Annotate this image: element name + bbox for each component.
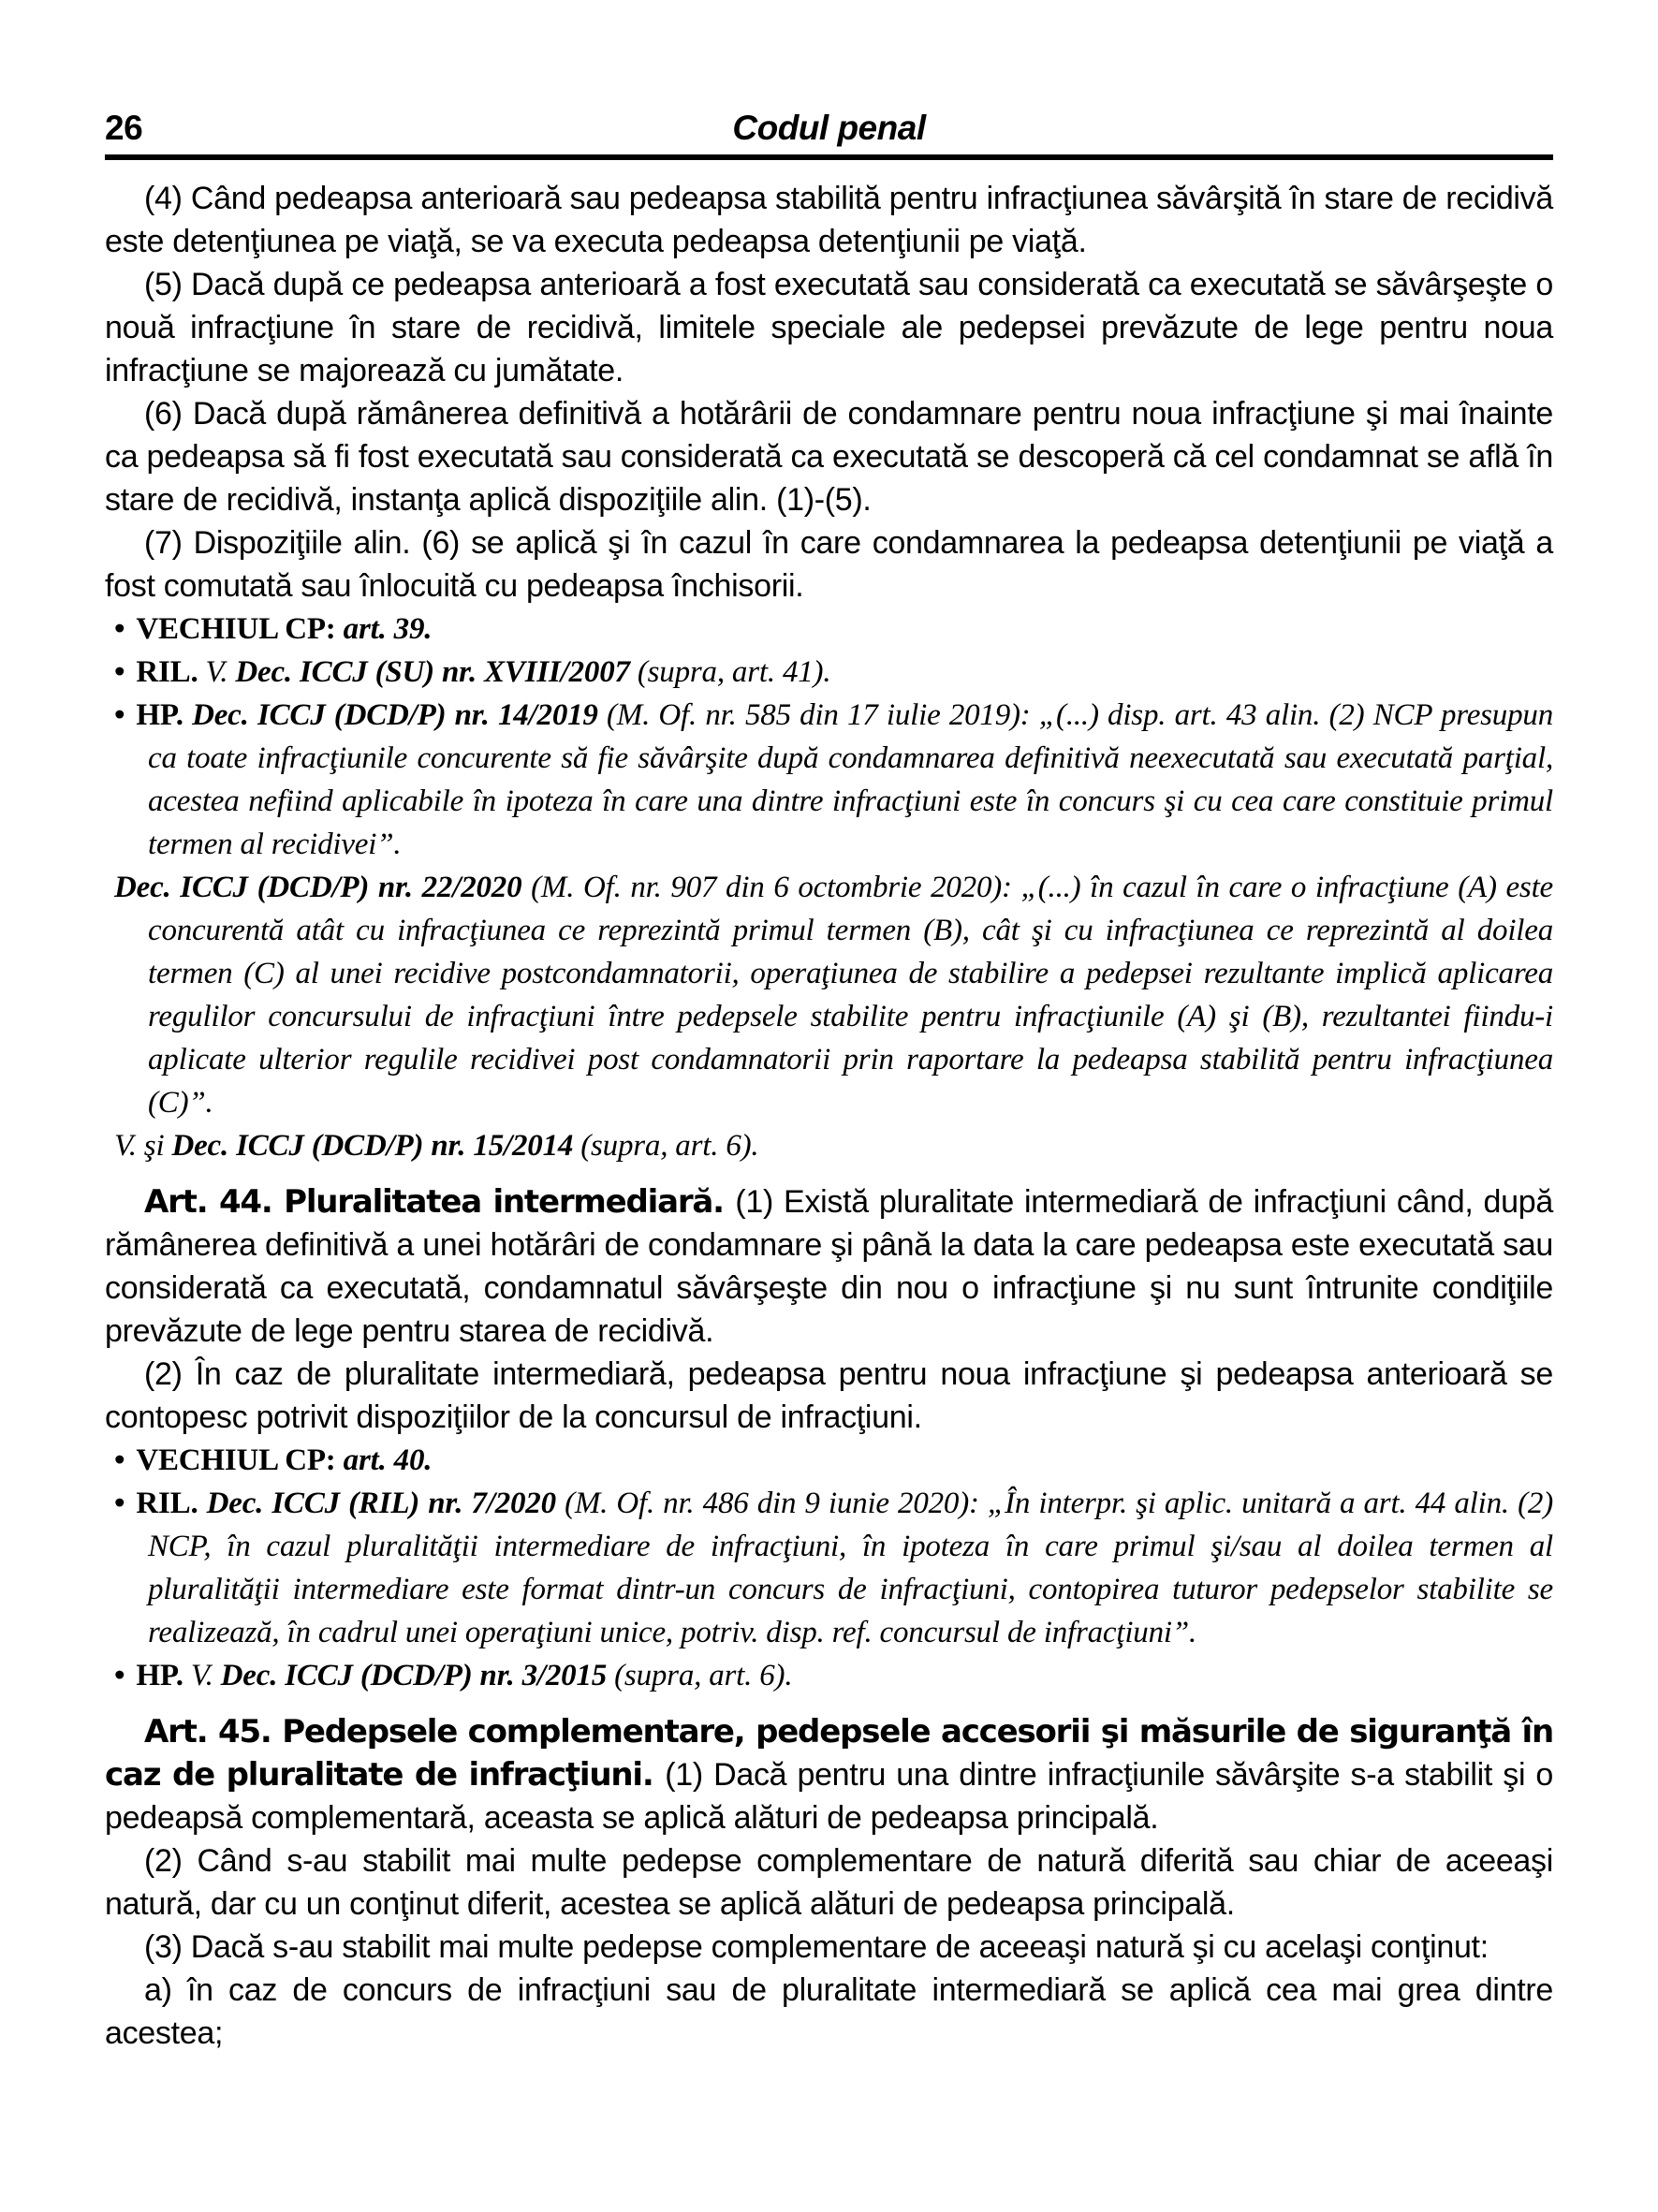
paragraph-art45-lit-a: a) în caz de concurs de infracţiuni sau … xyxy=(105,1969,1553,2055)
text-run: Dec. ICCJ (DCD/P) nr. 22/2020 xyxy=(114,871,531,904)
text-run: Art. 44. Pluralitatea intermediară. xyxy=(144,1183,735,1221)
text-run: V. şi xyxy=(114,1129,171,1163)
annotation-vechiul-cp-40: •VECHIUL CP: art. 40. xyxy=(105,1439,1553,1482)
paragraph-alin-6: (6) Dacă după rămânerea definitivă a hot… xyxy=(105,392,1553,521)
header-rule xyxy=(105,154,1553,160)
text-run: (supra, art. 6). xyxy=(580,1129,758,1163)
text-run: a) în caz de concurs de infracţiuni sau … xyxy=(105,1972,1553,2051)
bullet-icon: • xyxy=(114,1487,125,1520)
page-content: (4) Când pedeapsa anterioară sau pedeaps… xyxy=(105,177,1553,2055)
text-run: Dec. ICCJ (SU) nr. XVIII/2007 xyxy=(235,655,638,689)
text-run: (2) În caz de pluralitate intermediară, … xyxy=(105,1356,1553,1435)
text-run: (2) Când s-au stabilit mai multe pedepse… xyxy=(105,1843,1553,1922)
paragraph-art44-alin-2: (2) În caz de pluralitate intermediară, … xyxy=(105,1353,1553,1439)
bullet-icon: • xyxy=(114,1443,125,1477)
text-run: art. 40. xyxy=(344,1443,433,1477)
running-head-title: Codul penal xyxy=(732,109,925,148)
text-run: HP. xyxy=(136,698,192,732)
text-run: (supra, art. 6). xyxy=(614,1659,792,1692)
text-run: (6) Dacă după rămânerea definitivă a hot… xyxy=(105,396,1553,518)
paragraph-alin-7: (7) Dispoziţiile alin. (6) se aplică şi … xyxy=(105,521,1553,608)
annotation-hp-3-2015: •HP. V. Dec. ICCJ (DCD/P) nr. 3/2015 (su… xyxy=(105,1654,1553,1697)
bullet-icon: • xyxy=(114,655,125,689)
annotation-vechiul-cp-39: •VECHIUL CP: art. 39. xyxy=(105,608,1553,651)
text-run: (3) Dacă s-au stabilit mai multe pedepse… xyxy=(144,1929,1489,1965)
text-run: Dec. ICCJ (DCD/P) nr. 3/2015 xyxy=(221,1659,614,1692)
annotation-ril-xviii-2007: •RIL. V. Dec. ICCJ (SU) nr. XVIII/2007 (… xyxy=(105,651,1553,694)
paragraph-alin-4: (4) Când pedeapsa anterioară sau pedeaps… xyxy=(105,177,1553,263)
text-run: VECHIUL CP: xyxy=(136,612,343,646)
text-run: Dec. ICCJ (DCD/P) nr. 15/2014 xyxy=(171,1129,580,1163)
text-run: (5) Dacă după ce pedeapsa anterioară a f… xyxy=(105,267,1553,388)
book-page: 26 Codul penal (4) Când pedeapsa anterio… xyxy=(0,0,1658,2212)
article-45: Art. 45. Pedepsele complementare, pedeps… xyxy=(105,1710,1553,1839)
page-header: 26 Codul penal xyxy=(105,109,1553,148)
text-run: HP. xyxy=(136,1659,191,1692)
text-run: Dec. ICCJ (DCD/P) nr. 14/2019 xyxy=(192,698,607,732)
bullet-icon: • xyxy=(114,698,125,732)
annotation-ril-7-2020: •RIL. Dec. ICCJ (RIL) nr. 7/2020 (M. Of.… xyxy=(105,1482,1553,1654)
text-run: art. 39. xyxy=(344,612,433,646)
text-run: RIL. xyxy=(136,1487,206,1520)
annotation-hp-14-2019: •HP. Dec. ICCJ (DCD/P) nr. 14/2019 (M. O… xyxy=(105,694,1553,866)
text-run: (7) Dispoziţiile alin. (6) se aplică şi … xyxy=(105,525,1553,604)
annotation-dec-22-2020: Dec. ICCJ (DCD/P) nr. 22/2020 (M. Of. nr… xyxy=(105,866,1553,1124)
annotation-dec-15-2014: V. şi Dec. ICCJ (DCD/P) nr. 15/2014 (sup… xyxy=(105,1124,1553,1167)
paragraph-art45-alin-3: (3) Dacă s-au stabilit mai multe pedepse… xyxy=(105,1926,1553,1969)
text-run: RIL. xyxy=(136,655,205,689)
text-run: (supra, art. 41). xyxy=(638,655,831,689)
text-run: V. xyxy=(191,1659,221,1692)
bullet-icon: • xyxy=(114,612,125,646)
page-number: 26 xyxy=(105,109,142,148)
text-run: (4) Când pedeapsa anterioară sau pedeaps… xyxy=(105,181,1553,259)
paragraph-art45-alin-2: (2) Când s-au stabilit mai multe pedepse… xyxy=(105,1839,1553,1926)
bullet-icon: • xyxy=(114,1659,125,1692)
text-run: VECHIUL CP: xyxy=(136,1443,343,1477)
article-44: Art. 44. Pluralitatea intermediară. (1) … xyxy=(105,1180,1553,1353)
paragraph-alin-5: (5) Dacă după ce pedeapsa anterioară a f… xyxy=(105,263,1553,392)
text-run: Dec. ICCJ (RIL) nr. 7/2020 xyxy=(207,1487,565,1520)
text-run: V. xyxy=(206,655,236,689)
text-run: (M. Of. nr. 907 din 6 octombrie 2020): „… xyxy=(148,871,1553,1120)
